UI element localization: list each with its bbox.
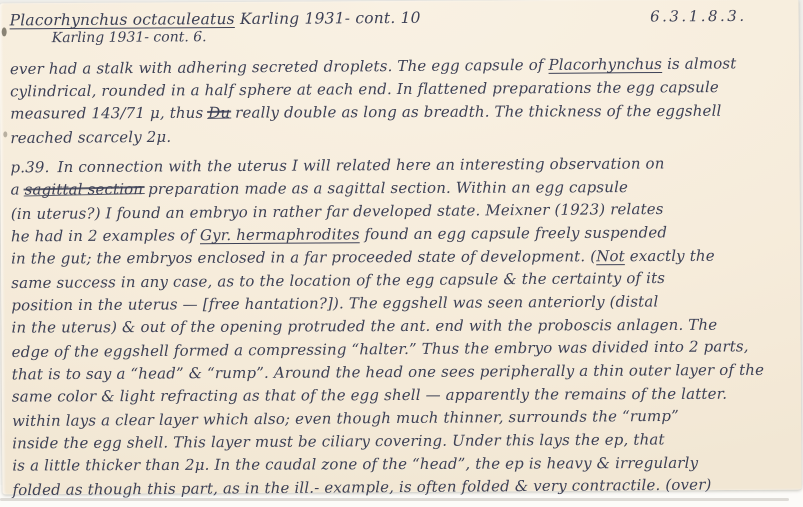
handwritten-text: preparation made as a sagittal section. … xyxy=(143,178,628,198)
struck-text: sagittal section xyxy=(25,180,144,198)
handwritten-text: is a little thicker than 2μ. In the caud… xyxy=(12,454,698,475)
handwritten-text: found an egg capsule freely suspended xyxy=(360,223,668,243)
handwritten-text: In connection with the uterus I will rel… xyxy=(57,154,664,176)
card-header: Placorhynchus octaculeatus Karling 1931-… xyxy=(0,0,799,29)
handwritten-text: measured 143/71 μ, thus xyxy=(10,104,208,123)
handwritten-text: a xyxy=(11,181,25,199)
handwritten-text: in the uterus) & out of the opening prot… xyxy=(11,316,717,337)
underlined-text: Gyr. hermaphrodites xyxy=(200,225,360,244)
handwritten-text: inside the egg shell. This layer must be… xyxy=(12,430,665,452)
handwritten-text: position in the uterus — [free hantation… xyxy=(11,292,658,314)
handwritten-text: folded as though this part, as in the il… xyxy=(12,476,711,499)
handwritten-text: ever had a stalk with adhering secreted … xyxy=(10,56,549,78)
handwritten-text: in the gut; the embryos enclosed in a fa… xyxy=(11,247,596,267)
handwritten-text: within lays a clear layer which also; ev… xyxy=(12,407,679,430)
handwritten-text: same color & light refracting as that of… xyxy=(12,385,727,406)
underlined-text: Placorhynchus octaculeatus xyxy=(10,10,235,29)
ink-speck xyxy=(3,131,7,137)
classification-number: 6.3.1.8.3. xyxy=(650,7,747,26)
handwritten-text: (in uterus?) I found an embryo in rather… xyxy=(11,200,664,223)
handwritten-text: edge of the eggshell formed a compressin… xyxy=(12,337,749,361)
note-line: reached scarcely 2μ. xyxy=(10,121,791,150)
handwritten-text: really double as long as breadth. The th… xyxy=(230,102,721,122)
handwritten-text: he had in 2 examples of xyxy=(11,226,200,245)
page-ref: p.39. xyxy=(10,156,57,179)
handwritten-text: reached scarcely 2μ. xyxy=(10,128,171,147)
underlined-text: Not xyxy=(596,247,625,265)
handwritten-text: that is to say a “head” & “rump”. Around… xyxy=(12,361,764,384)
handwritten-text: exactly the xyxy=(625,247,715,265)
ink-speck xyxy=(2,27,7,36)
handwritten-text: same success in any case, as to the loca… xyxy=(11,269,665,292)
index-card: Placorhynchus octaculeatus Karling 1931-… xyxy=(0,0,801,494)
handwritten-text: Karling 1931- cont. 10 xyxy=(235,9,421,28)
note-body: ever had a stalk with adhering secreted … xyxy=(0,43,802,502)
card-title: Placorhynchus octaculeatus Karling 1931-… xyxy=(10,9,421,30)
scan-background: Placorhynchus octaculeatus Karling 1931-… xyxy=(0,0,803,507)
handwritten-text: is almost xyxy=(662,54,736,73)
handwritten-text: cylindrical, rounded in a half sphere at… xyxy=(10,78,719,100)
underlined-text: Placorhynchus xyxy=(548,55,662,74)
struck-text: Du xyxy=(208,104,230,122)
